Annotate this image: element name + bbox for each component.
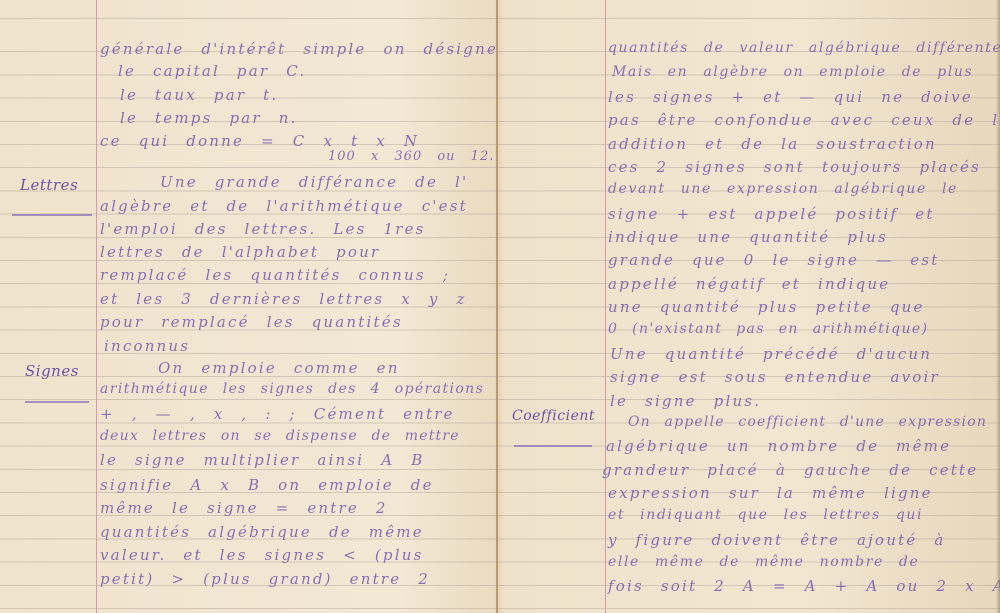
text-line: Une quantité précédé d'aucun xyxy=(610,345,932,363)
text-line: ces 2 signes sont toujours placés xyxy=(608,158,981,176)
text-line: deux lettres on se dispense de mettre xyxy=(100,428,460,444)
text-line: l'emploi des lettres. Les 1res xyxy=(100,220,426,238)
margin-note-coefficient: Coefficient xyxy=(512,408,595,424)
text-line: grandeur placé à gauche de cette xyxy=(602,461,978,479)
text-line: le signe plus. xyxy=(610,392,761,410)
text-line: signe est sous entendue avoir xyxy=(610,368,940,386)
text-line: addition et de la soustraction xyxy=(608,135,937,153)
text-line: ce qui donne = C x t x N xyxy=(100,132,419,150)
text-line: fois soit 2 A = A + A ou 2 x A xyxy=(608,577,1000,595)
margin-note-underline xyxy=(514,445,592,447)
text-line: arithmétique les signes des 4 opérations xyxy=(100,381,484,397)
text-line: y figure doivent être ajouté à xyxy=(608,531,946,549)
margin-line xyxy=(96,0,97,613)
margin-note-underline xyxy=(25,401,89,403)
text-line: Mais en algèbre on emploie de plus xyxy=(612,64,973,80)
text-line: valeur. et les signes < (plus xyxy=(100,546,423,564)
text-line: pas être confondue avec ceux de l' xyxy=(608,111,1000,129)
text-line: générale d'intérêt simple on désigne xyxy=(100,40,498,58)
notebook-spread: Lettres Signes générale d'intérêt simple… xyxy=(0,0,1000,613)
margin-note-underline xyxy=(12,214,92,216)
text-line: même le signe = entre 2 xyxy=(100,499,388,517)
text-line: On appelle coefficient d'une expression xyxy=(628,414,987,430)
text-line: les signes + et — qui ne doive xyxy=(608,88,973,106)
text-line: quantités de valeur algébrique différent… xyxy=(608,40,1000,56)
text-line: remplacé les quantités connus ; xyxy=(100,266,450,284)
text-line: elle même de même nombre de xyxy=(608,554,919,570)
text-line: une quantité plus petite que xyxy=(608,298,925,316)
margin-note-signes: Signes xyxy=(25,362,79,380)
text-line: inconnus xyxy=(104,337,190,355)
margin-line xyxy=(605,0,606,613)
text-line: signifie A x B on emploie de xyxy=(100,476,434,494)
text-line: quantités algébrique de même xyxy=(100,523,424,541)
text-line: algèbre et de l'arithmétique c'est xyxy=(100,197,468,215)
text-line: expression sur la même ligne xyxy=(608,484,933,502)
text-line: signe + est appelé positif et xyxy=(608,205,935,223)
text-line: On emploie comme en xyxy=(158,359,400,377)
left-page: Lettres Signes générale d'intérêt simple… xyxy=(0,0,497,613)
margin-note-lettres: Lettres xyxy=(20,176,78,194)
page-edge xyxy=(996,0,1000,613)
text-line: grande que 0 le signe — est xyxy=(608,251,939,269)
text-line: indique une quantité plus xyxy=(608,228,888,246)
text-line: le taux par t. xyxy=(120,86,278,104)
text-line: appellé négatif et indique xyxy=(608,275,890,293)
text-line: 0 (n'existant pas en arithmétique) xyxy=(608,321,928,337)
text-line: petit) > (plus grand) entre 2 xyxy=(100,570,430,588)
text-line: pour remplacé les quantités xyxy=(100,313,403,331)
text-line: Une grande différance de l' xyxy=(160,173,468,191)
text-line: et indiquant que les lettres qui xyxy=(608,507,923,523)
text-line: le capital par C. xyxy=(118,62,306,80)
text-line: algébrique un nombre de même xyxy=(606,437,951,455)
text-line: et les 3 dernières lettres x y z xyxy=(100,290,467,308)
text-line: devant une expression algébrique le xyxy=(608,181,958,197)
text-line: lettres de l'alphabet pour xyxy=(100,243,380,261)
text-line: + , — , x , : ; Cément entre xyxy=(100,405,455,423)
right-page: Coefficient quantités de valeur algébriq… xyxy=(498,0,1000,613)
text-line: le temps par n. xyxy=(120,109,298,127)
formula-denominator: 100 x 360 ou 12. xyxy=(328,149,494,164)
text-line: le signe multiplier ainsi A B xyxy=(100,451,424,469)
